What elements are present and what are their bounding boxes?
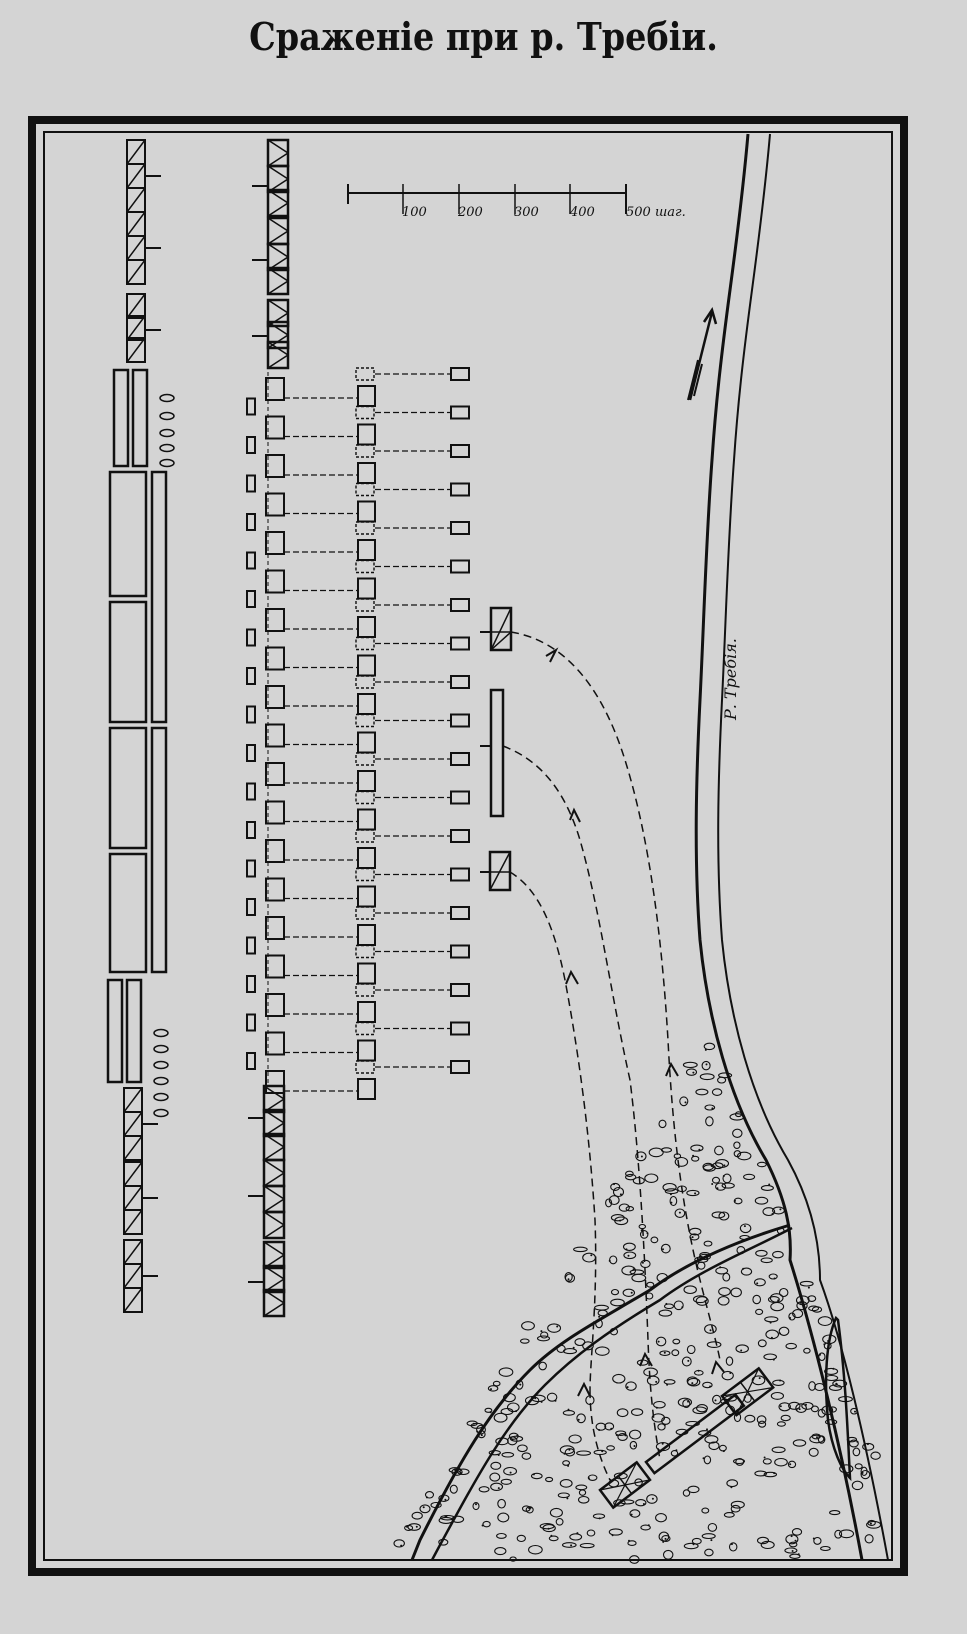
scale-tick-500: 500 шаг. <box>626 205 686 220</box>
battle-map: 100 200 300 400 500 шаг. Р. Требія. <box>0 0 967 1634</box>
river-trebia: Р. Требія. <box>696 134 888 1560</box>
tributary-stream <box>412 1225 822 1560</box>
mago-ambush-units <box>600 1368 773 1507</box>
movement-arrows <box>503 632 720 1480</box>
carthaginian-infantry-line <box>108 370 166 1082</box>
scale-tick-100: 100 <box>402 205 427 220</box>
cavalry-cross-top <box>252 140 288 368</box>
roman-cavalry-left-bottom <box>124 1088 158 1312</box>
river-island <box>826 1318 850 1478</box>
scale-tick-400: 400 <box>569 205 595 220</box>
roman-cavalry-left-top <box>127 140 161 362</box>
river-label: Р. Требія. <box>721 638 740 721</box>
forest-area <box>394 1043 881 1563</box>
cavalry-cross-bottom <box>248 1086 284 1316</box>
movement-arrow-river <box>688 310 716 400</box>
ambush-units <box>480 608 511 890</box>
scale-tick-200: 200 <box>457 205 483 220</box>
scale-bar: 100 200 300 400 500 шаг. <box>348 184 686 220</box>
roman-infantry-formation <box>247 368 469 1099</box>
elephants <box>154 395 174 1117</box>
scale-tick-300: 300 <box>514 205 539 220</box>
